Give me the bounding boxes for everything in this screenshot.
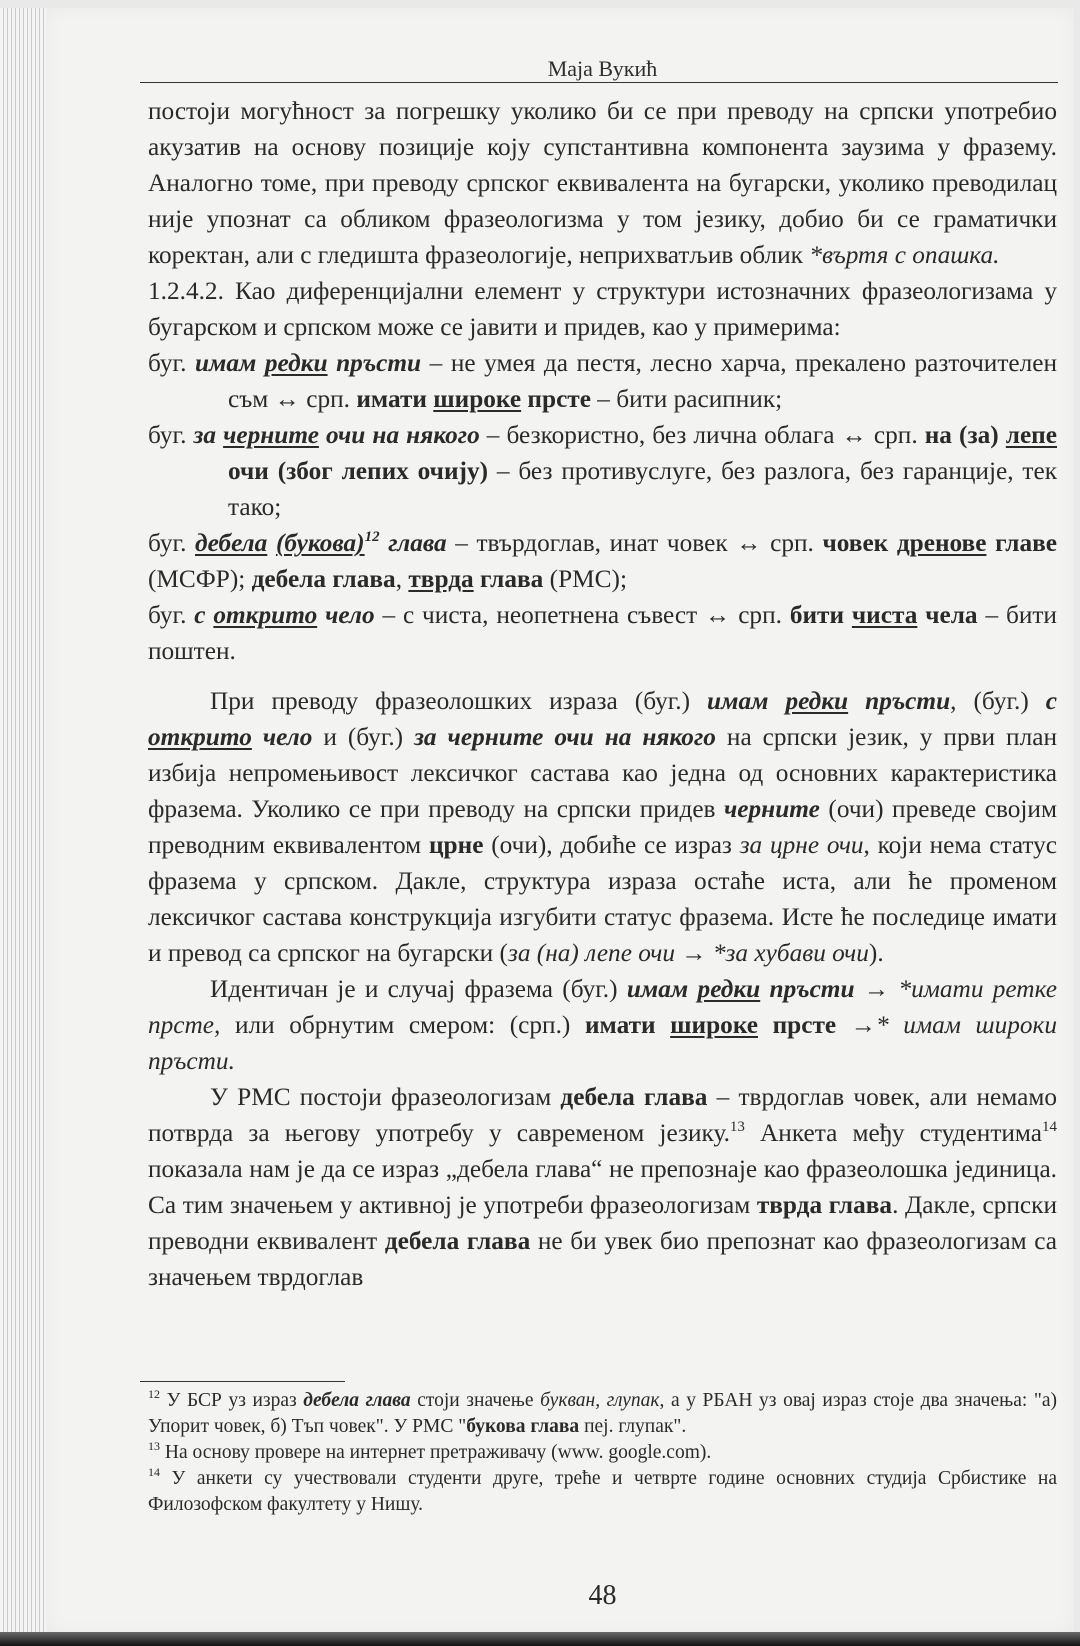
text: (очи), добиће се израз xyxy=(483,831,739,859)
phrase: дебела глава xyxy=(385,1227,530,1255)
phrase-underlined: редки xyxy=(785,687,848,715)
phrase: глава xyxy=(474,565,544,593)
phrase: за (на) лепе очи → *за хубави очи xyxy=(508,939,869,967)
phrase-underlined: дебела xyxy=(195,529,267,557)
phrase-underlined: редки xyxy=(698,975,761,1003)
italic-example: *въртя с опашка. xyxy=(809,241,999,269)
phrase: очи на някого xyxy=(319,421,480,449)
phrase: прсте xyxy=(521,385,591,413)
phrase-underlined: широке xyxy=(433,385,521,413)
footnote-ref: 12 xyxy=(365,529,380,545)
definition: – с чиста, неопетнена съвест ↔ срп. xyxy=(375,601,790,629)
separator: , xyxy=(396,565,409,593)
phrase: чела xyxy=(917,601,977,629)
definition: – бити расипник; xyxy=(591,385,782,413)
paragraph-4: Идентичан је и случај фразема (буг.) има… xyxy=(148,971,1057,1079)
phrase: дебела глава xyxy=(560,1083,707,1111)
phrase: пръсти xyxy=(760,975,854,1003)
text: У БСР уз израз xyxy=(160,1390,303,1411)
definition: – твърдоглав, инат човек ↔ срп. xyxy=(447,529,823,557)
footnote-ref: 14 xyxy=(1042,1119,1057,1135)
text: У РМС постоји фразеологизам xyxy=(210,1083,560,1111)
lang-label: буг. xyxy=(148,421,193,449)
phrase-underlined: (букова) xyxy=(276,529,365,557)
phrase: имати xyxy=(356,385,433,413)
phrase: имам xyxy=(195,349,265,377)
phrase: бити xyxy=(790,601,852,629)
phrase: с xyxy=(1046,687,1057,715)
footnote-number: 12 xyxy=(148,1387,160,1401)
phrase-underlined: лепе xyxy=(1006,421,1057,449)
paragraph-3: При преводу фразеолошких израза (буг.) и… xyxy=(148,683,1057,971)
phrase: за црне очи xyxy=(740,831,864,859)
text: 1.2.4.2. Као диференцијални елемент у ст… xyxy=(148,277,1057,341)
bottom-shadow xyxy=(0,1632,1080,1646)
definition: – безкористно, без лична облага ↔ срп. xyxy=(480,421,925,449)
text: У анкети су учествовали студенти друге, … xyxy=(148,1468,1057,1515)
phrase: глава xyxy=(380,529,447,557)
header-rule xyxy=(140,82,1058,83)
phrase: на (за) xyxy=(925,421,1006,449)
footnote-13: 13 На основу провере на интернет претраж… xyxy=(148,1440,1057,1466)
phrase-underlined: открито xyxy=(213,601,317,629)
example-item-1: буг. имам редки пръсти – не умея да пест… xyxy=(148,345,1057,417)
text: Идентичан је и случај фразема (буг.) xyxy=(210,975,627,1003)
text: и (буг.) xyxy=(312,723,414,751)
phrase: очи (због лепих очију) xyxy=(228,457,488,485)
phrase: прсте xyxy=(758,1011,836,1039)
phrase: чело xyxy=(317,601,374,629)
text: ). xyxy=(869,939,884,967)
lang-label: буг. xyxy=(148,349,195,377)
phrase: букван, глупак xyxy=(540,1390,659,1411)
phrase: пръсти xyxy=(848,687,950,715)
phrase: дебела глава xyxy=(252,565,396,593)
footnotes: 12 У БСР уз израз дебела глава стоји зна… xyxy=(148,1388,1057,1518)
phrase: черните xyxy=(724,795,820,823)
footnote-rule xyxy=(140,1381,345,1382)
phrase: човек xyxy=(823,529,897,557)
paragraph-5: У РМС постоји фразеологизам дебела глава… xyxy=(148,1079,1057,1295)
footnote-number: 13 xyxy=(148,1439,160,1453)
paragraph-1: постоји могућност за погрешку уколико би… xyxy=(148,93,1057,273)
footnote-ref: 13 xyxy=(730,1119,745,1135)
phrase: букова глава xyxy=(466,1416,579,1437)
phrase: с xyxy=(194,601,213,629)
footnote-14: 14 У анкети су учествовали студенти друг… xyxy=(148,1466,1057,1518)
source-label: (РМС); xyxy=(543,565,627,593)
phrase: тврда глава xyxy=(757,1191,892,1219)
page-stack-edge xyxy=(0,8,49,1636)
lang-label: буг. xyxy=(148,601,194,629)
phrase: главе xyxy=(986,529,1057,557)
text: На основу провере на интернет претражива… xyxy=(160,1442,711,1463)
phrase: дебела глава xyxy=(303,1390,410,1411)
page-number: 48 xyxy=(148,1580,1057,1612)
phrase: за черните очи на някого xyxy=(414,723,716,751)
phrase: имати xyxy=(585,1011,670,1039)
example-item-2: буг. за черните очи на някого – безкорис… xyxy=(148,417,1057,525)
phrase-underlined: редки xyxy=(265,349,328,377)
spacer xyxy=(148,669,1057,683)
paragraph-2: 1.2.4.2. Као диференцијални елемент у ст… xyxy=(148,273,1057,345)
phrase: чело xyxy=(252,723,312,751)
phrase-underlined: чиста xyxy=(852,601,917,629)
lang-label: буг. xyxy=(148,529,195,557)
phrase-underlined: тврда xyxy=(408,565,473,593)
phrase: имам xyxy=(627,975,698,1003)
text: Анкета међу студентима xyxy=(745,1119,1042,1147)
phrase-underlined: открито xyxy=(148,723,252,751)
running-head: Маја Вукић xyxy=(148,56,1057,82)
phrase-underlined: дренове xyxy=(897,529,987,557)
text: стоји значење xyxy=(411,1390,540,1411)
phrase-underlined: широке xyxy=(670,1011,758,1039)
phrase: црне xyxy=(429,831,483,859)
footnote-number: 14 xyxy=(148,1465,160,1479)
text: При преводу фразеолошких израза (буг.) xyxy=(210,687,707,715)
source-label: (МСФР); xyxy=(148,565,252,593)
phrase: пръсти xyxy=(328,349,422,377)
example-item-4: буг. с открито чело – с чиста, неопетнен… xyxy=(148,597,1057,669)
phrase: имам xyxy=(707,687,785,715)
example-item-3: буг. дебела (букова)12 глава – твърдогла… xyxy=(148,525,1057,597)
phrase: за xyxy=(193,421,223,449)
phrase-underlined: черните xyxy=(223,421,319,449)
text: или обрнутим смером: (срп.) xyxy=(220,1011,585,1039)
body-text: постоји могућност за погрешку уколико би… xyxy=(148,93,1057,1295)
text: пеј. глупак". xyxy=(579,1416,686,1437)
footnote-12: 12 У БСР уз израз дебела глава стоји зна… xyxy=(148,1388,1057,1440)
text: , (буг.) xyxy=(950,687,1046,715)
